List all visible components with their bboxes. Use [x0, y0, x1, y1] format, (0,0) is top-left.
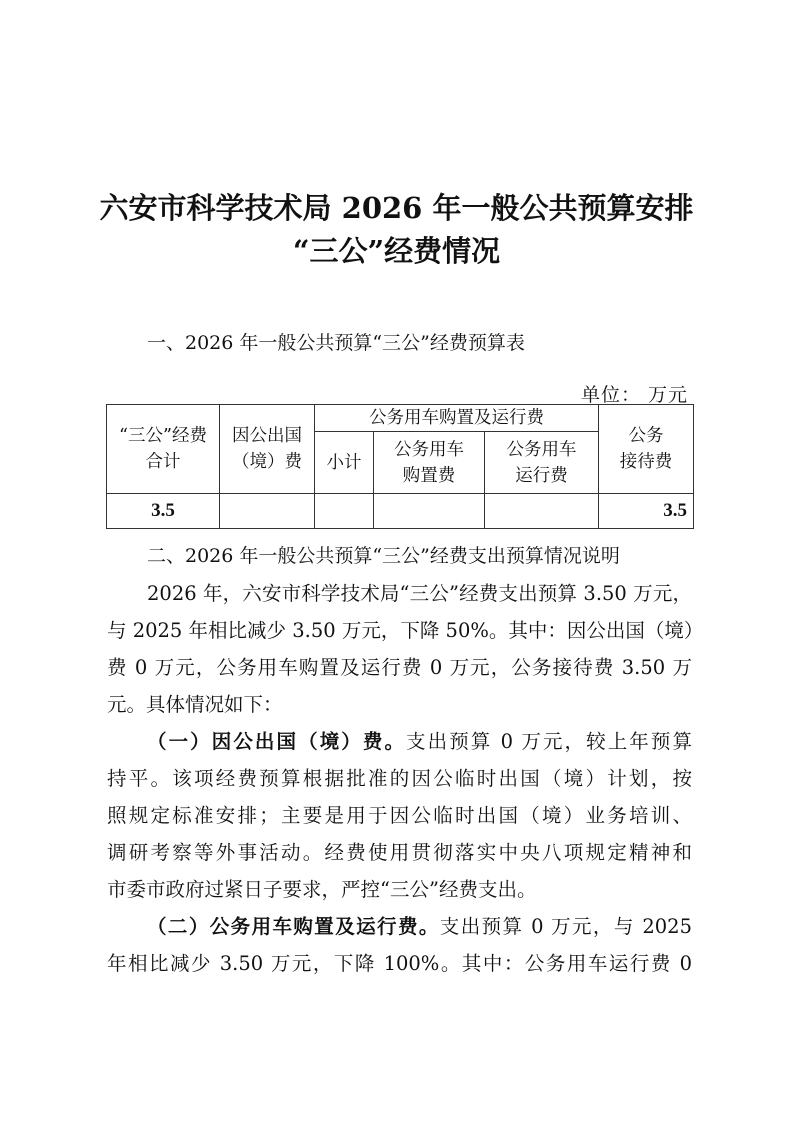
para1-line1: 2026 年，六安市科学技术局“三公”经费支出预算 3.50 万元，: [147, 578, 692, 606]
section2-heading: 二、2026 年一般公共预算“三公”经费支出预算情况说明: [147, 541, 620, 568]
header-abroad: 因公出国 （境）费: [220, 405, 315, 494]
cell-vehicle-operation: [485, 494, 599, 529]
para1-line4: 元。具体情况如下：: [107, 689, 692, 717]
header-vehicle-operation: 公务用车 运行费: [485, 432, 599, 494]
cell-reception: 3.5: [599, 494, 694, 529]
table-row: 3.5 3.5: [107, 494, 694, 529]
three-public-budget-table: “三公”经费 合计 因公出国 （境）费 公务用车购置及运行费 公务 接待费 小计…: [106, 404, 694, 529]
unit-label: 单位： 万元: [581, 380, 688, 407]
para2-line4: 调研考察等外事活动。经费使用贯彻落实中央八项规定精神和: [107, 837, 692, 865]
header-vehicle-subtotal: 小计: [315, 432, 374, 494]
para2-line1-rest: 支出预算 0 万元，较上年预算: [406, 730, 692, 753]
para2-line5: 市委市政府过紧日子要求，严控“三公”经费支出。: [107, 874, 692, 902]
document-title-line2: “三公”经费情况: [0, 229, 793, 270]
para3-line2: 年相比减少 3.50 万元，下降 100%。其中：公务用车运行费 0: [107, 948, 692, 976]
header-vehicle-group: 公务用车购置及运行费: [315, 405, 599, 432]
cell-total: 3.5: [107, 494, 220, 529]
para2-line3: 照规定标准安排；主要是用于因公临时出国（境）业务培训、: [107, 800, 692, 828]
cell-abroad: [220, 494, 315, 529]
document-title-line1: 六安市科学技术局 2026 年一般公共预算安排: [0, 186, 793, 227]
header-reception: 公务 接待费: [599, 405, 694, 494]
para3-line1-rest: 支出预算 0 万元，与 2025: [440, 915, 692, 938]
cell-vehicle-subtotal: [315, 494, 374, 529]
section1-heading: 一、2026 年一般公共预算“三公”经费预算表: [147, 328, 525, 355]
para1-line2: 与 2025 年相比减少 3.50 万元，下降 50%。其中：因公出国（境）: [107, 615, 692, 643]
para1-line3: 费 0 万元，公务用车购置及运行费 0 万元，公务接待费 3.50 万: [107, 652, 692, 680]
header-total: “三公”经费 合计: [107, 405, 220, 494]
para2-line2: 持平。该项经费预算根据批准的因公临时出国（境）计划，按: [107, 763, 692, 791]
para2-bold-lead: （一）因公出国（境）费。: [147, 730, 406, 753]
cell-vehicle-purchase: [374, 494, 485, 529]
para2-line1: （一）因公出国（境）费。支出预算 0 万元，较上年预算: [147, 726, 692, 754]
para3-bold-lead: （二）公务用车购置及运行费。: [147, 915, 440, 938]
para3-line1: （二）公务用车购置及运行费。支出预算 0 万元，与 2025: [147, 911, 692, 939]
header-vehicle-purchase: 公务用车 购置费: [374, 432, 485, 494]
